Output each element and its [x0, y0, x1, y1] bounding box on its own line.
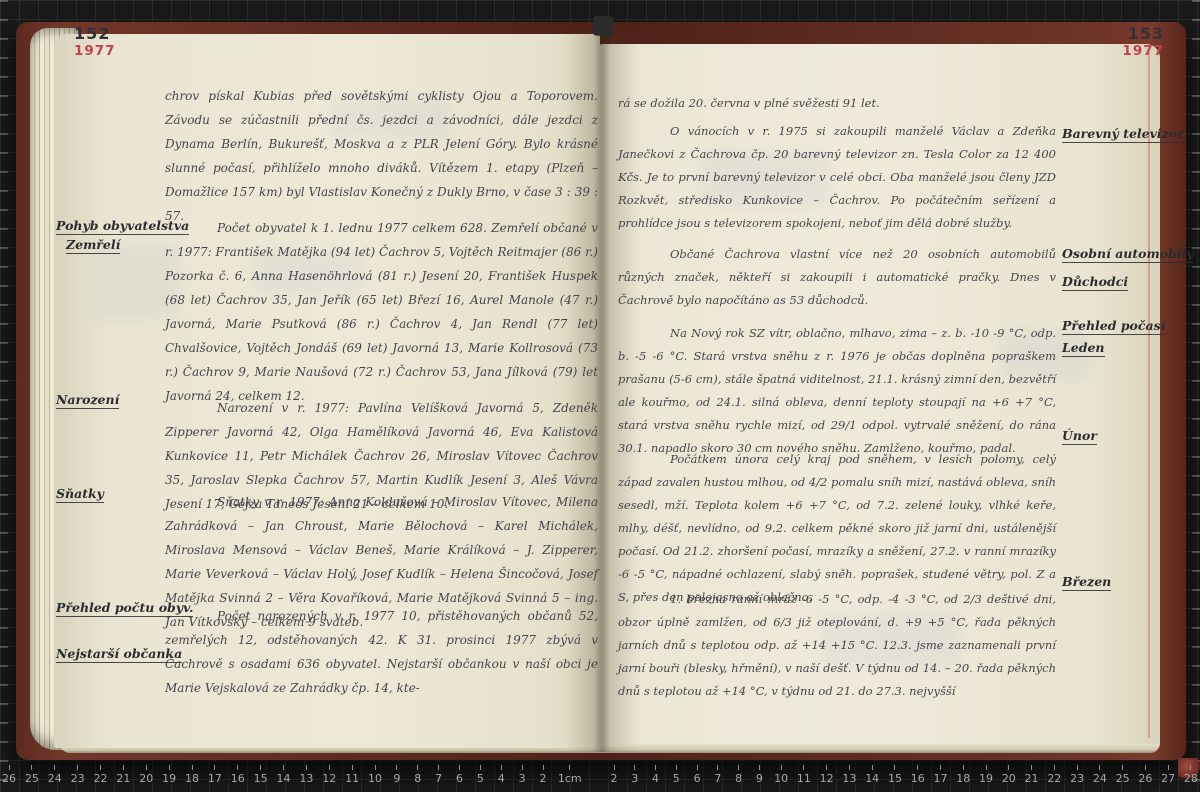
margin-heading-osobni-automobily: Osobní automobily: [1062, 246, 1194, 263]
ruler-number: 26: [1138, 765, 1152, 785]
paragraph-weather-march: 1. března ranní mráz -6 -5 °C, odp. -4 -…: [618, 588, 1056, 703]
ruler-number: 27: [1161, 765, 1175, 785]
ruler-number: 6: [454, 765, 466, 785]
ruler-number: 4: [495, 765, 507, 785]
ruler-number: 2: [608, 765, 620, 785]
margin-heading-snatky: Sňatky: [56, 486, 104, 503]
ruler-number: 11: [345, 765, 359, 785]
ruler-number: 2: [537, 765, 549, 785]
ruler-number: 13: [842, 765, 856, 785]
margin-heading-brezen: Březen: [1062, 574, 1111, 591]
ruler-scale-right: 2345678910111213141516171819202122232425…: [608, 765, 1198, 785]
ruler-scale-left: 2625242322212019181716151413121110987654…: [2, 765, 582, 785]
ruler-number: 5: [474, 765, 486, 785]
paragraph-cars-pensioners: Občané Čachrova vlastní více než 20 osob…: [618, 243, 1056, 312]
paragraph-deceased: Počet obyvatel k 1. lednu 1977 celkem 62…: [165, 216, 598, 408]
ruler-number: 28: [1184, 765, 1198, 785]
ruler-number: 5: [670, 765, 682, 785]
left-page-year: 1977: [74, 43, 116, 59]
ruler-number: 21: [1025, 765, 1039, 785]
ruler-number: 7: [433, 765, 445, 785]
gutter-clip: [592, 15, 613, 36]
ruler-number: 19: [162, 765, 176, 785]
ruler-number: 25: [25, 765, 39, 785]
right-page-number-block: 153 1977: [1112, 24, 1164, 59]
paragraph-oldest-citizen-cont: rá se dožila 20. června v plné svěžesti …: [618, 92, 1056, 115]
ruler-number: 21: [116, 765, 130, 785]
right-page-number: 153: [1112, 24, 1164, 43]
ruler-number: 15: [888, 765, 902, 785]
right-edge-ruler-ticks: [1192, 0, 1200, 792]
paragraph-cycling-race: chrov pískal Kubias před sovětskými cykl…: [165, 84, 598, 228]
ruler-number: 10: [774, 765, 788, 785]
ruler-number: 15: [254, 765, 268, 785]
red-margin-line: [1148, 52, 1150, 738]
margin-heading-barevny-televizor: Barevný televizor: [1062, 126, 1184, 143]
ruler-number: 1cm: [558, 765, 582, 785]
ruler-number: 13: [299, 765, 313, 785]
paragraph-weather-february: Počátkem února celý kraj pod sněhem, v l…: [618, 448, 1056, 609]
ruler-number: 22: [94, 765, 108, 785]
ruler-number: 22: [1047, 765, 1061, 785]
ruler-number: 25: [1116, 765, 1130, 785]
left-edge-ruler-ticks: [0, 0, 8, 792]
paragraph-weather-january: Na Nový rok SZ vítr, oblačno, mlhavo, zi…: [618, 322, 1056, 460]
ruler-number: 16: [231, 765, 245, 785]
bottom-ruler: 2625242322212019181716151413121110987654…: [0, 758, 1200, 792]
margin-heading-leden: Leden: [1062, 340, 1105, 357]
photo-of-open-chronicle: 152 1977 153 1977 Pohyb obyvatelstva Zem…: [0, 0, 1200, 792]
ruler-number: 12: [322, 765, 336, 785]
ruler-number: 26: [2, 765, 16, 785]
paragraph-color-tv: O vánocích v r. 1975 si zakoupili manžel…: [618, 120, 1056, 235]
ruler-number: 10: [368, 765, 382, 785]
ruler-number: 3: [516, 765, 528, 785]
margin-heading-zemreli: Zemřelí: [66, 237, 120, 254]
ruler-number: 17: [208, 765, 222, 785]
paragraph-population-summary: Počet narozených v r. 1977 10, přistěhov…: [165, 604, 598, 700]
ruler-number: 23: [71, 765, 85, 785]
ruler-number: 12: [820, 765, 834, 785]
ruler-number: 23: [1070, 765, 1084, 785]
left-page-number: 152: [74, 24, 116, 43]
margin-heading-nejstarsi-obcanka: Nejstarší občanka: [56, 646, 182, 663]
left-page-number-block: 152 1977: [74, 24, 116, 59]
ruler-number: 14: [865, 765, 879, 785]
ruler-number: 9: [753, 765, 765, 785]
right-page-year: 1977: [1112, 43, 1164, 59]
ruler-number: 19: [979, 765, 993, 785]
ruler-number: 11: [797, 765, 811, 785]
ruler-number: 24: [48, 765, 62, 785]
ruler-number: 9: [391, 765, 403, 785]
ruler-number: 8: [412, 765, 424, 785]
ruler-number: 14: [277, 765, 291, 785]
ruler-number: 20: [1002, 765, 1016, 785]
margin-heading-prehled-pocasi: Přehled počasí: [1062, 318, 1165, 335]
ruler-number: 24: [1093, 765, 1107, 785]
margin-heading-narozeni: Narození: [56, 392, 119, 409]
ruler-number: 6: [691, 765, 703, 785]
ruler-number: 16: [911, 765, 925, 785]
ruler-number: 20: [139, 765, 153, 785]
ruler-number: 18: [185, 765, 199, 785]
ruler-number: 4: [650, 765, 662, 785]
ruler-number: 18: [956, 765, 970, 785]
margin-heading-unor: Únor: [1062, 428, 1097, 445]
ruler-number: 8: [733, 765, 745, 785]
ruler-number: 3: [629, 765, 641, 785]
margin-heading-duchodci: Důchodci: [1062, 274, 1128, 291]
ruler-number: 17: [933, 765, 947, 785]
ruler-number: 7: [712, 765, 724, 785]
